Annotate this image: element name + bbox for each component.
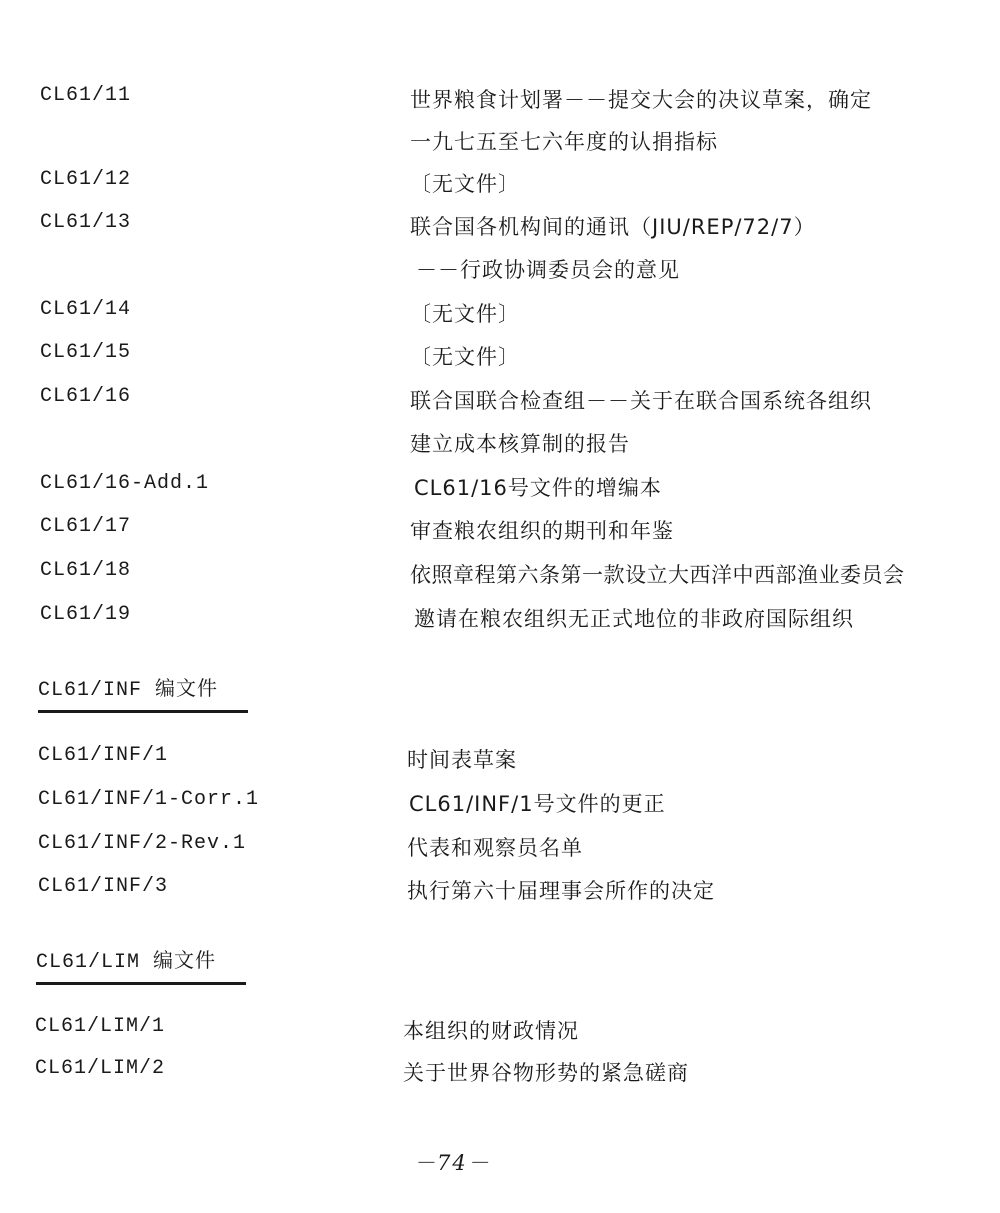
- document-description: 〔无文件〕: [410, 168, 520, 198]
- document-code: CL61/INF/1-Corr.1: [38, 788, 259, 811]
- entry-row: CL61/INF/1-Corr.1 CL61/INF/1号文件的更正: [0, 788, 1000, 818]
- entry-row: CL61/19 邀请在粮农组织无正式地位的非政府国际组织: [0, 603, 1000, 633]
- document-description: 建立成本核算制的报告: [410, 428, 630, 458]
- document-description: CL61/INF/1号文件的更正: [409, 788, 666, 818]
- section-heading-lim: CL61/LIM 编文件: [36, 944, 246, 985]
- document-description: 依照章程第六条第一款设立大西洋中西部渔业委员会: [410, 559, 905, 589]
- document-description: 邀请在粮农组织无正式地位的非政府国际组织: [414, 603, 854, 633]
- entry-row-continuation: 一九七五至七六年度的认捐指标: [0, 126, 1000, 156]
- document-code: CL61/18: [40, 559, 131, 582]
- document-description: 联合国各机构间的通讯（JIU/REP/72/7）: [410, 211, 816, 241]
- document-description: 一九七五至七六年度的认捐指标: [410, 126, 718, 156]
- document-code: CL61/16: [40, 385, 131, 408]
- document-code: CL61/19: [40, 603, 131, 626]
- document-description: 〔无文件〕: [410, 298, 520, 328]
- document-description: CL61/16号文件的增编本: [414, 472, 662, 502]
- document-code: CL61/17: [40, 515, 131, 538]
- entry-row-continuation: －－行政协调委员会的意见: [0, 254, 1000, 284]
- entry-row: CL61/15 〔无文件〕: [0, 341, 1000, 371]
- document-description: 代表和观察员名单: [407, 832, 583, 862]
- document-page: CL61/11 世界粮食计划署－－提交大会的决议草案，确定 一九七五至七六年度的…: [0, 0, 1000, 1213]
- document-code: CL61/INF/3: [38, 875, 168, 898]
- document-code: CL61/15: [40, 341, 131, 364]
- document-code: CL61/INF/2-Rev.1: [38, 832, 246, 855]
- entry-row: CL61/INF/1 时间表草案: [0, 744, 1000, 774]
- entry-row: CL61/INF/2-Rev.1 代表和观察员名单: [0, 832, 1000, 862]
- document-code: CL61/11: [40, 84, 131, 107]
- page-number: －74－: [414, 1147, 491, 1177]
- entry-row: CL61/13 联合国各机构间的通讯（JIU/REP/72/7）: [0, 211, 1000, 241]
- document-description: 本组织的财政情况: [403, 1015, 579, 1045]
- document-description: 时间表草案: [407, 744, 517, 774]
- entry-row: CL61/16 联合国联合检查组－－关于在联合国系统各组织: [0, 385, 1000, 415]
- entry-row: CL61/11 世界粮食计划署－－提交大会的决议草案，确定: [0, 84, 1000, 114]
- document-code: CL61/12: [40, 168, 131, 191]
- document-description: 审查粮农组织的期刊和年鉴: [410, 515, 674, 545]
- document-description: 关于世界谷物形势的紧急磋商: [403, 1057, 689, 1087]
- entry-row: CL61/12 〔无文件〕: [0, 168, 1000, 198]
- entry-row: CL61/LIM/2 关于世界谷物形势的紧急磋商: [0, 1057, 1000, 1087]
- entry-row: CL61/16-Add.1 CL61/16号文件的增编本: [0, 472, 1000, 502]
- document-code: CL61/13: [40, 211, 131, 234]
- document-code: CL61/INF/1: [38, 744, 168, 767]
- section-heading-inf: CL61/INF 编文件: [38, 672, 248, 713]
- document-code: CL61/14: [40, 298, 131, 321]
- entry-row: CL61/14 〔无文件〕: [0, 298, 1000, 328]
- document-code: CL61/LIM/1: [35, 1015, 165, 1038]
- document-description: 执行第六十届理事会所作的决定: [407, 875, 715, 905]
- entry-row: CL61/LIM/1 本组织的财政情况: [0, 1015, 1000, 1045]
- document-description: 联合国联合检查组－－关于在联合国系统各组织: [410, 385, 872, 415]
- document-description: 〔无文件〕: [410, 341, 520, 371]
- document-description: 世界粮食计划署－－提交大会的决议草案，确定: [410, 84, 872, 114]
- entry-row-continuation: 建立成本核算制的报告: [0, 428, 1000, 458]
- entry-row: CL61/INF/3 执行第六十届理事会所作的决定: [0, 875, 1000, 905]
- document-code: CL61/LIM/2: [35, 1057, 165, 1080]
- entry-row: CL61/18 依照章程第六条第一款设立大西洋中西部渔业委员会: [0, 559, 1000, 589]
- document-description: －－行政协调委员会的意见: [416, 254, 680, 284]
- document-code: CL61/16-Add.1: [40, 472, 209, 495]
- entry-row: CL61/17 审查粮农组织的期刊和年鉴: [0, 515, 1000, 545]
